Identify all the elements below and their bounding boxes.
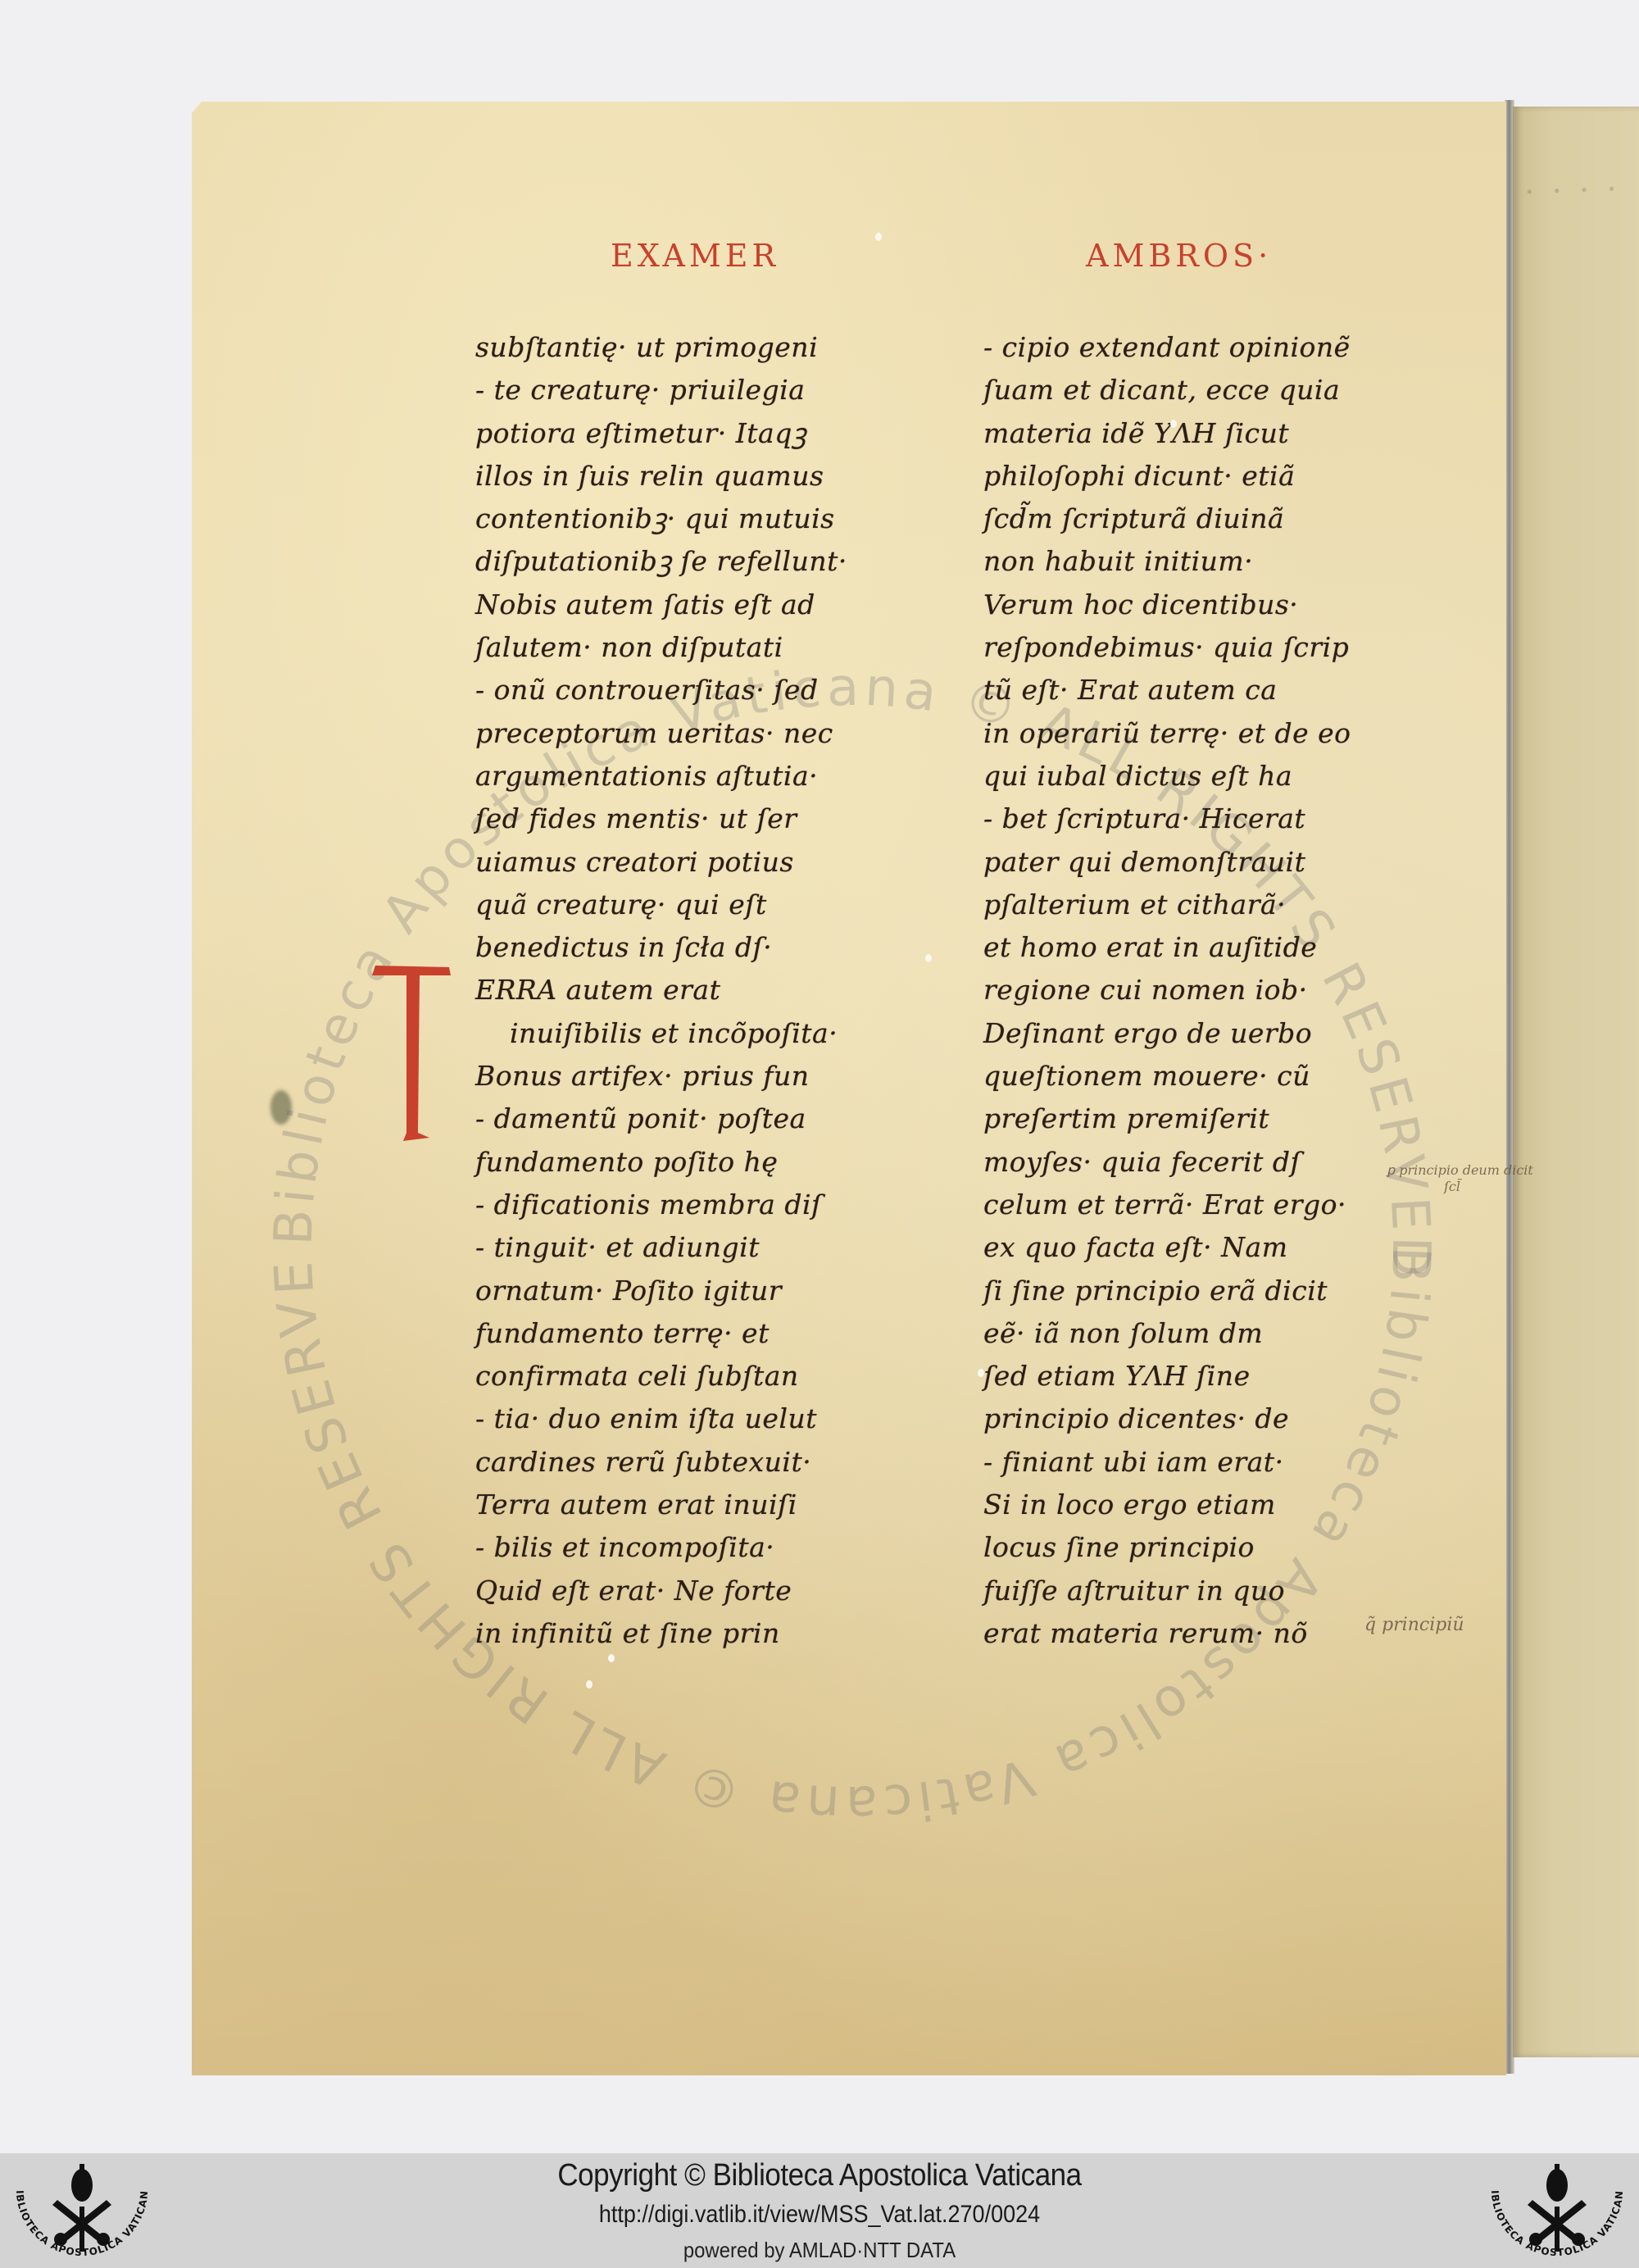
manuscript-line: et homo erat in auſitide xyxy=(983,926,1410,969)
manuscript-line: queſtionem mouere· cũ xyxy=(983,1055,1410,1098)
manuscript-line: - tinguit· et adiungit xyxy=(475,1226,885,1269)
manuscript-line: Verum hoc dicentibus· xyxy=(983,584,1410,626)
manuscript-line: - cipio extendant opinionẽ xyxy=(983,326,1410,369)
manuscript-line: reſpondebimus· quia ſcrip xyxy=(983,626,1410,669)
marginal-note-middle: ꝑ principio deum dicit ſcl̃ xyxy=(1387,1162,1533,1195)
manuscript-line: diſputationibꝫ ſe refellunt· xyxy=(475,540,885,583)
manuscript-line: fundamento poſito hę xyxy=(475,1141,885,1184)
manuscript-line: contentionibꝫ· qui mutuis xyxy=(475,498,885,540)
manuscript-line: tũ eſt· Erat autem ca xyxy=(983,669,1410,711)
manuscript-line: - te creaturę· priuilegia xyxy=(475,369,885,411)
manuscript-line: celum et terrã· Erat ergo· xyxy=(983,1184,1410,1226)
running-head-left: EXAMER xyxy=(611,238,779,274)
manuscript-line: uiamus creatori potius xyxy=(475,841,885,884)
manuscript-line: non habuit initium· xyxy=(983,540,1410,583)
manuscript-line: principio dicentes· de xyxy=(983,1398,1410,1440)
manuscript-line: - finiant ubi iam erat· xyxy=(983,1441,1410,1484)
manuscript-line: ſed etiam ΥΛΗ ſine xyxy=(983,1355,1410,1398)
parchment-hole xyxy=(586,1680,592,1689)
copyright-text: Copyright © Biblioteca Apostolica Vatica… xyxy=(66,2158,1573,2193)
manuscript-line: fuiſſe aſtruitur in quo xyxy=(983,1570,1410,1612)
manuscript-line: potiora eſtimetur· Itaqꝫ xyxy=(475,412,885,455)
manuscript-line: fundamento terrę· et xyxy=(475,1312,885,1355)
parchment-hole xyxy=(1170,420,1177,428)
parchment-hole xyxy=(978,1369,984,1377)
manuscript-line: - tia· duo enim iſta uelut xyxy=(475,1398,885,1440)
manuscript-line: preceptorum ueritas· nec xyxy=(475,712,885,755)
manuscript-line: ſalutem· non diſputati xyxy=(475,626,885,669)
manuscript-line: illos in ſuis relin quamus xyxy=(475,455,885,498)
marginal-note-bottom: q̃ principiũ xyxy=(1364,1615,1464,1635)
manuscript-line: qui iubal dictus eſt ha xyxy=(983,755,1410,798)
vatican-library-logo-left: BIBLIOTECA APOSTOLICA VATICANA xyxy=(0,2157,164,2266)
manuscript-line: philoſophi dicunt· etiã xyxy=(983,455,1410,498)
manuscript-line: inuiſibilis et incõpoſita· xyxy=(475,1012,885,1055)
manuscript-line: moyſes· quia fecerit dſ xyxy=(983,1141,1410,1184)
svg-text:BIBLIOTECA APOSTOLICA VATICANA: BIBLIOTECA APOSTOLICA VATICANA xyxy=(1475,2157,1625,2258)
manuscript-line: - bilis et incompoſita· xyxy=(475,1526,885,1569)
manuscript-line: erat materia rerum· nõ xyxy=(983,1612,1410,1655)
vatican-library-logo-right: BIBLIOTECA APOSTOLICA VATICANA xyxy=(1475,2157,1639,2266)
manuscript-viewer: · · · · Biblioteca Apostolica Vaticana ©… xyxy=(0,0,1639,2153)
manuscript-line: ex quo facta eſt· Nam xyxy=(983,1226,1410,1269)
manuscript-line: - bet ſcriptura· Hicerat xyxy=(983,798,1410,840)
facing-page-ghost-text: · · · · xyxy=(1523,170,1621,211)
marginal-note-text: ꝑ principio deum dicit xyxy=(1387,1162,1533,1179)
parchment-hole xyxy=(608,1654,615,1662)
manuscript-line: argumentationis aſtutia· xyxy=(475,755,885,798)
manuscript-line: benedictus in ſcła dſ· xyxy=(475,926,885,969)
manuscript-line: regione cui nomen iob· xyxy=(983,969,1410,1011)
manuscript-line: subſtantię· ut primogeni xyxy=(475,326,885,369)
parchment-hole xyxy=(875,233,882,241)
manuscript-line: cardines rerũ ſubtexuit· xyxy=(475,1441,885,1484)
manuscript-line: confirmata celi ſubſtan xyxy=(475,1355,885,1398)
permalink-url[interactable]: http://digi.vatlib.it/view/MSS_Vat.lat.2… xyxy=(82,2201,1557,2229)
parchment-hole xyxy=(925,954,932,962)
manuscript-line: in infinitũ et ſine prin xyxy=(475,1612,885,1655)
rubricated-initial-t xyxy=(370,964,452,1154)
manuscript-line: ERRA autem erat xyxy=(475,969,885,1011)
manuscript-line: ſcd̃m ſcripturã diuinã xyxy=(983,498,1410,540)
manuscript-line: Terra autem erat inuiſi xyxy=(475,1484,885,1526)
manuscript-line: ſuam et dicant, ecce quia xyxy=(983,369,1410,411)
manuscript-line: - onũ controuerſitas· ſed xyxy=(475,669,885,711)
manuscript-line: pater qui demonſtrauit xyxy=(983,841,1410,884)
manuscript-line: locus ſine principio xyxy=(983,1526,1410,1569)
manuscript-line: ſed fides mentis· ut ſer xyxy=(475,798,885,840)
manuscript-line: preſertim premiſerit xyxy=(983,1098,1410,1140)
manuscript-line: - damentũ ponit· poſtea xyxy=(475,1098,885,1140)
text-column-left: subſtantię· ut primogeni- te creaturę· p… xyxy=(475,326,885,1655)
manuscript-line: - dificationis membra diſ xyxy=(475,1184,885,1226)
text-column-right: - cipio extendant opinionẽſuam et dicant… xyxy=(983,326,1410,1655)
manuscript-line: ornatum· Poſito igitur xyxy=(475,1270,885,1312)
manuscript-line: ſi ſine principio erã dicit xyxy=(983,1270,1410,1312)
manuscript-line: Nobis autem ſatis eſt ad xyxy=(475,584,885,626)
manuscript-line: materia idẽ ΥΛΗ ſicut xyxy=(983,412,1410,455)
manuscript-line: pſalterium et citharã· xyxy=(983,884,1410,926)
svg-text:BIBLIOTECA APOSTOLICA VATICANA: BIBLIOTECA APOSTOLICA VATICANA xyxy=(0,2157,150,2258)
facing-page-edge xyxy=(1513,107,1639,2057)
manuscript-line: Deſinant ergo de uerbo xyxy=(983,1012,1410,1055)
running-head-right: AMBROS· xyxy=(1086,238,1272,274)
manuscript-line: Si in loco ergo etiam xyxy=(983,1484,1410,1526)
manuscript-line: quã creaturę· qui eſt xyxy=(475,884,885,926)
copyright-footer: Copyright © Biblioteca Apostolica Vatica… xyxy=(0,2153,1639,2268)
manuscript-line: Quid eſt erat· Ne forte xyxy=(475,1570,885,1612)
manuscript-line: eẽ· iã non ſolum dm xyxy=(983,1312,1410,1355)
manuscript-line: in operariũ terrę· et de eo xyxy=(983,712,1410,755)
manuscript-line: Bonus artifex· prius fun xyxy=(475,1055,885,1098)
marginal-note-text: ſcl̃ xyxy=(1387,1179,1533,1195)
parchment-stain xyxy=(270,1090,292,1125)
powered-by-text: powered by AMLAD·NTT DATA xyxy=(66,2238,1573,2263)
